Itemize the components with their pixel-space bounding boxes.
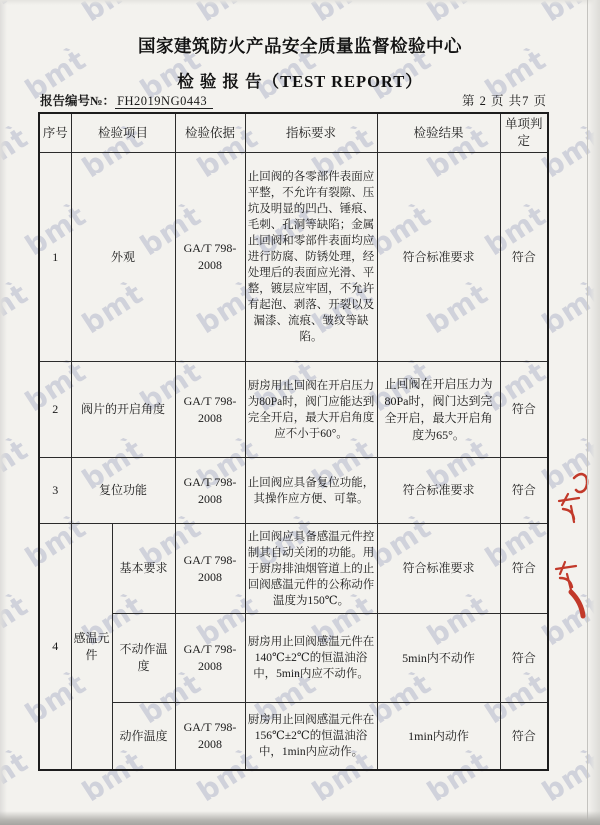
cell-requirement: 厨房用止回阀感温元件在156℃±2℃的恒温油浴中，1min内应动作。: [245, 703, 377, 771]
cell-seq: 1: [39, 153, 71, 362]
cell-result: 符合标准要求: [377, 458, 500, 524]
cell-verdict: 符合: [500, 362, 548, 458]
cell-item: 外观: [71, 153, 175, 362]
cell-result: 止回阀在开启压力为80Pa时，阀门达到完全开启，最大开启角度为65°。: [377, 362, 500, 458]
col-header-item: 检验项目: [71, 113, 175, 153]
col-header-seq: 序号: [39, 113, 71, 153]
report-number-value: FH2019NG0443: [115, 94, 213, 109]
cell-basis: GA/T 798-2008: [175, 524, 245, 614]
cell-requirement: 止回阀应具备感温元件控制其自动关闭的功能。用于厨房排油烟管道上的止回阀感温元件的…: [245, 524, 377, 614]
cell-subitem: 动作温度: [112, 703, 175, 771]
table-row: 4 感温元件 基本要求 GA/T 798-2008 止回阀应具备感温元件控制其自…: [39, 524, 548, 614]
cell-item: 复位功能: [71, 458, 175, 524]
col-header-verdict: 单项判定: [500, 113, 548, 153]
table-row: 动作温度 GA/T 798-2008 厨房用止回阀感温元件在156℃±2℃的恒温…: [39, 703, 548, 771]
cell-item-group: 感温元件: [71, 524, 112, 771]
cell-requirement: 厨房用止回阀感温元件在140℃±2℃的恒温油浴中，5min内应不动作。: [245, 614, 377, 703]
page-content: 国家建筑防火产品安全质量监督检验中心 检 验 报 告（TEST REPORT） …: [0, 0, 600, 825]
inspection-center-name: 国家建筑防火产品安全质量监督检验中心: [0, 33, 600, 58]
report-title: 检 验 报 告（TEST REPORT）: [0, 68, 600, 92]
table-header-row: 序号 检验项目 检验依据 指标要求 检验结果 单项判定: [39, 113, 548, 153]
cell-basis: GA/T 798-2008: [175, 458, 245, 524]
cell-subitem: 基本要求: [112, 524, 175, 614]
table-row: 3 复位功能 GA/T 798-2008 止回阀应具备复位功能，其操作应方便、可…: [39, 458, 548, 524]
cell-requirement: 止回阀应具备复位功能，其操作应方便、可靠。: [245, 458, 377, 524]
cell-item: 阀片的开启角度: [71, 362, 175, 458]
cell-basis: GA/T 798-2008: [175, 362, 245, 458]
table-row: 2 阀片的开启角度 GA/T 798-2008 厨房用止回阀在开启压力为80Pa…: [39, 362, 548, 458]
report-number-group: 报告编号№：FH2019NG0443: [40, 91, 213, 109]
cell-seq: 2: [39, 362, 71, 458]
col-header-requirement: 指标要求: [245, 113, 377, 153]
col-header-basis: 检验依据: [175, 113, 245, 153]
cell-verdict: 符合: [500, 524, 548, 614]
col-header-result: 检验结果: [377, 113, 500, 153]
red-pen-annotation: [548, 462, 600, 632]
cell-verdict: 符合: [500, 703, 548, 771]
cell-verdict: 符合: [500, 614, 548, 703]
cell-result: 1min内动作: [377, 703, 500, 771]
cell-basis: GA/T 798-2008: [175, 153, 245, 362]
cell-verdict: 符合: [500, 153, 548, 362]
cell-result: 符合标准要求: [377, 524, 500, 614]
cell-basis: GA/T 798-2008: [175, 614, 245, 703]
cell-result: 5min内不动作: [377, 614, 500, 703]
report-number-label: 报告编号№：: [40, 94, 115, 108]
cell-basis: GA/T 798-2008: [175, 703, 245, 771]
test-report-table: 序号 检验项目 检验依据 指标要求 检验结果 单项判定 1 外观 GA/T 79…: [38, 112, 549, 771]
table-row: 不动作温度 GA/T 798-2008 厨房用止回阀感温元件在140℃±2℃的恒…: [39, 614, 548, 703]
table-row: 1 外观 GA/T 798-2008 止回阀的各零部件表面应平整，不允许有裂隙、…: [39, 153, 548, 362]
cell-requirement: 止回阀的各零部件表面应平整，不允许有裂隙、压坑及明显的凹凸、锤痕、毛刺、孔洞等缺…: [245, 153, 377, 362]
scanned-test-report-page: bmt̀bmt̀bmt̀bmt̀bmt̀bmt̀bmt̀bmt̀bmt̀bmt̀…: [0, 0, 600, 825]
cell-seq: 3: [39, 458, 71, 524]
page-indicator: 第 2 页 共7 页: [462, 91, 547, 109]
report-meta-row: 报告编号№：FH2019NG0443 第 2 页 共7 页: [40, 91, 547, 109]
cell-seq: 4: [39, 524, 71, 771]
cell-subitem: 不动作温度: [112, 614, 175, 703]
cell-result: 符合标准要求: [377, 153, 500, 362]
cell-requirement: 厨房用止回阀在开启压力为80Pa时，阀门应能达到完全开启，最大开启角度应不小于6…: [245, 362, 377, 458]
cell-verdict: 符合: [500, 458, 548, 524]
